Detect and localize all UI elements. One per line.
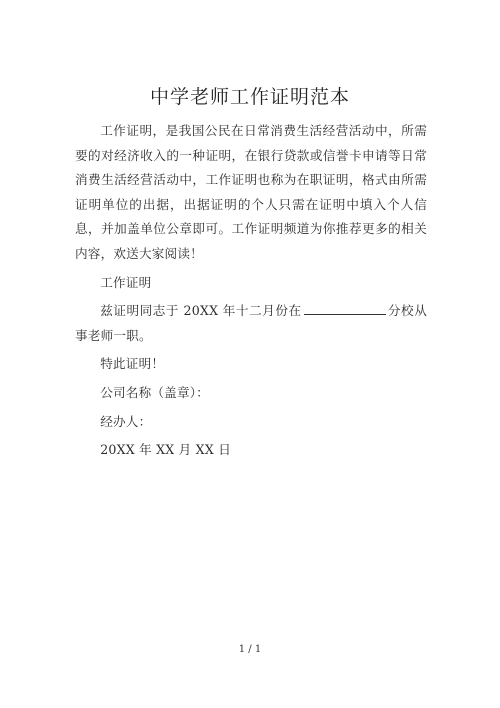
company-label: 公司名称（盖章）： [75,381,427,406]
page-indicator: 1 / 1 [0,644,500,655]
document-page: 中学老师工作证明范本 工作证明，是我国公民在日常消费生活经营活动中，所需要的对经… [0,0,500,708]
school-name-blank [304,302,386,315]
section-heading: 工作证明 [75,271,427,296]
handler-label: 经办人： [75,410,427,435]
closing-line: 特此证明！ [75,352,427,377]
document-title: 中学老师工作证明范本 [0,82,500,109]
cert-text-before: 兹证明同志于 20XX 年十二月份在 [100,303,301,318]
document-body: 工作证明，是我国公民在日常消费生活经营活动中，所需要的对经济收入的一种证明，在银… [75,119,427,467]
date-line: 20XX 年 XX 月 XX 日 [75,438,427,463]
intro-paragraph: 工作证明，是我国公民在日常消费生活经营活动中，所需要的对经济收入的一种证明，在银… [75,119,427,267]
certification-statement: 兹证明同志于 20XX 年十二月份在分校从事老师一职。 [75,299,427,348]
